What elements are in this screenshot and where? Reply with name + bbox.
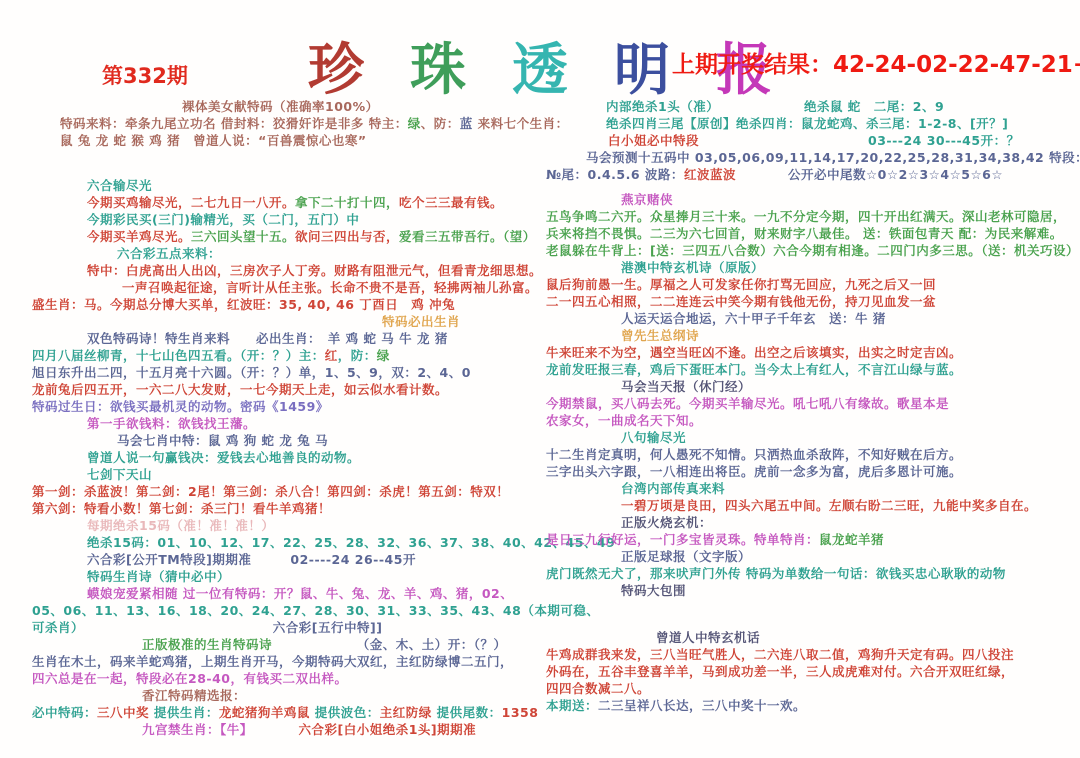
text-line: 正版火烧玄机：	[546, 514, 1080, 531]
text-line: 今期彩民买(三门)输精光，买（二门，五门）中	[32, 211, 572, 228]
text-line: 七剑下天山	[32, 466, 572, 483]
text-line: 马会预测十五码中 03,05,06,09,11,14,17,20,22,25,2…	[546, 149, 1080, 166]
text-line: 牛鸡成群我来发，三八当旺气胜人，二六连八取二值，鸡狗升天定有码。四八投注	[546, 646, 1080, 663]
text-segment: 鼠后狗前愚一生。厚福之人可发家任你打骂无回应，九死之后又一回	[546, 277, 936, 292]
text-segment: 七剑下天山	[87, 467, 152, 482]
text-segment: 曾道人说一句赢钱决：爱钱去心地善良的动物。	[87, 450, 360, 465]
text-segment: 六合彩[五行中特]]	[78, 620, 383, 635]
title-character: 透	[512, 26, 568, 106]
text-segment: 今期彩民买(三门)输精光，买（二门，五门）中	[87, 212, 359, 227]
issue-number: 第332期	[102, 60, 188, 90]
text-line: 虎门既然无犬了，那来吠声门外传 特码为单数给一句话：欲钱买忠心耿耿的动物	[546, 565, 1080, 582]
text-segment: 四六总是在一起，特段必在28-40，有钱买二双出样。	[32, 671, 347, 686]
text-line: 兵来将挡不畏惧。二三为六七回首，财来财字八最佳。 送：铁面包青天 配：为民来解难…	[546, 225, 1080, 242]
text-segment: 四四合数减二八。	[546, 681, 650, 696]
text-segment: ，防：	[338, 348, 377, 363]
text-segment: 今期买羊鸡尽光。	[87, 229, 191, 244]
text-line: 内部绝杀1头（准） 绝杀鼠 蛇 二尾：2、9	[546, 98, 1080, 115]
text-segment: 农家女，一曲成名天下知。	[546, 413, 702, 428]
text-line: 一声召唤起征途，言听计从任主张。长命不贵不是吾，轻拂两袖儿孙富。	[32, 279, 572, 296]
text-line: 马会当天报（休门经）	[546, 378, 1080, 395]
text-line: 港澳中特玄机诗（原版）	[546, 259, 1080, 276]
text-segment: 提供生肖：	[149, 705, 219, 720]
text-segment: 龙前兔后四五开，一六二八大发财，一七今期天上走，如云似水看计数。	[32, 382, 448, 397]
text-segment: 1358	[502, 705, 539, 720]
text-line: 八句输尽光	[546, 429, 1080, 446]
text-line: 是日三九行好运，一门多宝皆灵珠。特单特肖：鼠龙蛇羊猪	[546, 531, 1080, 548]
text-line: 第一手欲钱料：欲钱找王藩。	[32, 415, 572, 432]
text-segment: 正版足球报（文字版）	[621, 549, 751, 564]
text-segment: 香江特码精选报：	[142, 688, 246, 703]
text-segment: 龙前发旺报三春，鸡后下蛋旺本门。当今太上有红人，不言江山绿与蓝。	[546, 362, 962, 377]
text-line: 旭日东升出二四，十五月亮十六圆。（开：？）单，1、5、9，双：2、4、0	[32, 364, 572, 381]
text-line: 农家女，一曲成名天下知。	[546, 412, 1080, 429]
text-segment: 内部绝杀1头（准）	[606, 99, 713, 114]
text-line: 曾先生总纲诗	[546, 327, 1080, 344]
text-line: 香江特码精选报：	[32, 687, 572, 704]
text-line: 九宫禁生肖：【牛】 六合彩[白小姐绝杀1头]期期准	[32, 721, 572, 738]
text-segment: 三字出头六字跟，一八相连出将臣。虎前一念多为富，虎后多恩计可施。	[546, 464, 962, 479]
text-segment: 第一手欲钱料：欲钱找王藩。	[87, 416, 256, 431]
text-segment: 欲问三四出与否，	[295, 229, 399, 244]
title-character: 珍	[308, 26, 364, 106]
text-segment: 特码来料：牵条九尾立功名 借封料：狡猾奸诈是非多 特主：	[60, 116, 408, 131]
text-line: 四月八届丝柳青，十七山色四五看。（开：？）主：红，防：绿	[32, 347, 572, 364]
text-segment: 虎门既然无犬了，那来吠声门外传 特码为单数给一句话：欲钱买忠心耿耿的动物	[546, 566, 1006, 581]
last-draw-result: 上期开奖结果：42-24-02-22-47-21+26	[672, 46, 1080, 79]
text-line: 曾道人说一句赢钱决：爱钱去心地善良的动物。	[32, 449, 572, 466]
text-segment: 盛生肖：马。今期总分博大买单，红波旺：35, 40, 46 丁酉日 鸡 冲兔	[32, 297, 455, 312]
text-segment: 人运天运合地运，六十甲子千年玄 送：牛 猪	[621, 311, 886, 326]
text-segment: 五鸟争鸣二六开。众星捧月三十来。一九不分定今期，四十开出红满天。深山老林可隐居，	[546, 209, 1066, 224]
text-line: 燕京赌侠	[546, 191, 1080, 208]
title-character: 珠	[410, 26, 466, 106]
text-segment: 牛鸡成群我来发，三八当旺气胜人，二六连八取二值，鸡狗升天定有码。四八投注	[546, 647, 1014, 662]
text-segment: 牛来旺来不为空，遇空当旺凶不逢。出空之后该填实，出实之时定吉凶。	[546, 345, 962, 360]
text-line: 可杀肖） 六合彩[五行中特]]	[32, 619, 572, 636]
text-segment: 蓝	[460, 116, 473, 131]
text-line: 龙前发旺报三春，鸡后下蛋旺本门。当今太上有红人，不言江山绿与蓝。	[546, 361, 1080, 378]
text-line: 特码必出生肖	[32, 313, 572, 330]
text-line: 裸体美女献特码（准确率100%）	[32, 98, 572, 115]
text-segment: 05、06、11、13、16、18、20、24、27、28、30、31、33、3…	[32, 603, 599, 618]
text-line: 今期禁鼠，买八码去死。今期买羊输尽光。吼七吼八有缘故。歌星本是	[546, 395, 1080, 412]
left-column: 裸体美女献特码（准确率100%）特码来料：牵条九尾立功名 借封料：狡猾奸诈是非多…	[32, 98, 572, 738]
text-segment: 裸体美女献特码（准确率100%）	[182, 99, 379, 114]
text-line: 特中：白虎高出人出凶，三房次子人丁旁。财路有阻泄元气，但看青龙细思想。	[32, 262, 572, 279]
text-segment: 三六回头望十五。	[191, 229, 295, 244]
text-line: 第一剑：杀蓝波！第二剑：2尾！第三剑：杀八合！第四剑：杀虎！第五剑：特双！	[32, 483, 572, 500]
text-segment: 第一剑：杀蓝波！第二剑：2尾！第三剑：杀八合！第四剑：杀虎！第五剑：特双！	[32, 484, 509, 499]
text-segment: 六合彩[公开TM特段]期期准 02----24 26--45开	[87, 552, 416, 567]
text-line: 正版极准的生肖特码诗 （金、木、土）开：（？）	[32, 636, 572, 653]
text-line: 生肖在木土，码来羊蛇鸡猪，上期生肖开马，今期特码大双红，主红防绿博二五门，	[32, 653, 572, 670]
text-segment: 绝杀四肖三尾【原创】绝杀四肖：鼠龙蛇鸡、杀三尾：1-2-8、[开？]	[606, 116, 1008, 131]
text-line: 正版足球报（文字版）	[546, 548, 1080, 565]
text-segment: 是日三九行好运，一门多宝皆灵珠。特单特肖：	[546, 532, 819, 547]
right-column: 内部绝杀1头（准） 绝杀鼠 蛇 二尾：2、9绝杀四肖三尾【原创】绝杀四肖：鼠龙蛇…	[546, 98, 1080, 714]
text-segment: 红波蓝波	[684, 167, 736, 182]
text-line: 特码来料：牵条九尾立功名 借封料：狡猾奸诈是非多 特主：绿、防：蓝 来料七个生肖…	[32, 115, 572, 132]
text-segment: 每期绝杀15码（准！准！准！）	[87, 518, 274, 533]
text-segment: 公开必中尾数☆0☆2☆3☆4☆5☆6☆	[736, 167, 1003, 182]
text-segment: 特码必出生肖	[382, 314, 460, 329]
text-segment: 拿下二十打十四，	[295, 195, 399, 210]
text-segment: 九宫禁生肖：【牛】	[142, 722, 247, 737]
text-segment: 必中特码：	[32, 705, 97, 720]
text-line: 十二生肖定真明，何人愚死不知情。只洒热血杀敌阵，不知好贼在后方。	[546, 446, 1080, 463]
text-line: 六合输尽光	[32, 177, 572, 194]
text-segment: 今期买鸡输尽光，二七九日一八开。	[87, 195, 295, 210]
text-line: 必中特码：三八中奖 提供生肖：龙蛇猪狗羊鸡鼠 提供波色：主红防绿 提供尾数：13…	[32, 704, 572, 721]
text-segment: 特码生肖诗（猜中必中）	[87, 569, 230, 584]
text-line: 盛生肖：马。今期总分博大买单，红波旺：35, 40, 46 丁酉日 鸡 冲兔	[32, 296, 572, 313]
text-segment: 老鼠躲在牛背上：[送：三四五八合数）六合今期有相逢。二四门内多三思。（送：机关巧…	[546, 243, 1079, 258]
text-segment: 旭日东升出二四，十五月亮十六圆。（开：？）单，1、5、9，双：2、4、0	[32, 365, 471, 380]
text-line: 牛来旺来不为空，遇空当旺凶不逢。出空之后该填实，出实之时定吉凶。	[546, 344, 1080, 361]
text-segment: 鼠 兔 龙 蛇 猴 鸡 猪 曾道人说：“百兽震惊心也寒”	[60, 133, 367, 148]
text-segment: 四月八届丝柳青，十七山色四五看。（开：？）主：	[32, 348, 325, 363]
text-segment: 今期禁鼠，买八码去死。今期买羊输尽光。吼七吼八有缘故。歌星本是	[546, 396, 949, 411]
text-segment: 本期送：	[546, 698, 598, 713]
text-segment: 八句输尽光	[621, 430, 686, 445]
text-segment: 龙蛇猪狗羊鸡鼠	[219, 705, 310, 720]
text-segment: 六合彩五点来料：	[117, 246, 221, 261]
text-line: 一碧万顷是良田，四头六尾五中间。左顺右盼二三旺，九能中奖多自在。	[546, 497, 1080, 514]
text-segment: 特码过生日：欲钱买最机灵的动物。密码《1459》	[32, 399, 329, 414]
text-segment: 生肖在木土，码来羊蛇鸡猪，上期生肖开马，今期特码大双红，主红防绿博二五门，	[32, 654, 513, 669]
text-segment: 绝杀15码：01、10、12、17、22、25、28、32、36、37、38、4…	[87, 535, 615, 550]
text-segment: 一声召唤起征途，言听计从任主张。长命不贵不是吾，轻拂两袖儿孙富。	[122, 280, 538, 295]
text-line: 白小姐必中特段 03---24 30---45开：？	[546, 132, 1080, 149]
text-segment: 港澳中特玄机诗（原版）	[621, 260, 764, 275]
text-segment: 鼠龙蛇羊猪	[819, 532, 884, 547]
text-line: 今期买鸡输尽光，二七九日一八开。拿下二十打十四，吃个三三最有钱。	[32, 194, 572, 211]
text-segment: 马会当天报（休门经）	[621, 379, 751, 394]
text-segment: 绿	[377, 348, 390, 363]
text-segment: 马会预测十五码中 03,05,06,09,11,14,17,20,22,25,2…	[586, 150, 1080, 165]
text-line: 特码过生日：欲钱买最机灵的动物。密码《1459》	[32, 398, 572, 415]
text-line: 三字出头六字跟，一八相连出将臣。虎前一念多为富，虎后多恩计可施。	[546, 463, 1080, 480]
text-line: 四四合数减二八。	[546, 680, 1080, 697]
text-segment: 正版火烧玄机：	[621, 515, 712, 530]
text-segment: 六合输尽光	[87, 178, 152, 193]
text-segment: 台湾内部传真来料	[621, 481, 725, 496]
text-line: 双色特码诗！特生肖来料 必出生肖： 羊 鸡 蛇 马 牛 龙 猪	[32, 330, 572, 347]
text-segment: 外码在，五谷丰登喜羊羊，马到成功差一半，三人成虎难对付。六合开双旺红绿，	[546, 664, 1014, 679]
text-segment: 燕京赌侠	[621, 192, 673, 207]
text-segment: 绝杀鼠 蛇 二尾：2、9	[713, 99, 944, 114]
text-segment: 一碧万顷是良田，四头六尾五中间。左顺右盼二三旺，九能中奖多自在。	[621, 498, 1037, 513]
text-line: 今期买羊鸡尽光。三六回头望十五。欲问三四出与否，爱看三五带吾行。（望）	[32, 228, 572, 245]
text-line: 05、06、11、13、16、18、20、24、27、28、30、31、33、3…	[32, 602, 572, 619]
text-segment: 第六剑：特看小数！第七剑：杀三门！看牛羊鸡猪！	[32, 501, 331, 516]
text-line: 四六总是在一起，特段必在28-40，有钱买二双出样。	[32, 670, 572, 687]
text-line: 人运天运合地运，六十甲子千年玄 送：牛 猪	[546, 310, 1080, 327]
text-segment: 六合彩[白小姐绝杀1头]期期准	[247, 722, 477, 737]
text-line: 特码大包围	[546, 582, 1080, 599]
text-line: 二一四五心相照，二二连连云中笑今期有钱他无份，持刀见血发一盆	[546, 293, 1080, 310]
text-line: 特码生肖诗（猜中必中）	[32, 568, 572, 585]
text-segment: （金、木、土）开：（？）	[272, 637, 507, 652]
text-line: 每期绝杀15码（准！准！准！）	[32, 517, 572, 534]
text-segment: 双色特码诗！特生肖来料 必出生肖： 羊 鸡 蛇 马 牛 龙 猪	[87, 331, 448, 346]
text-line: 外码在，五谷丰登喜羊羊，马到成功差一半，三人成虎难对付。六合开双旺红绿，	[546, 663, 1080, 680]
text-segment: 二一四五心相照，二二连连云中笑今期有钱他无份，持刀见血发一盆	[546, 294, 936, 309]
text-segment: №尾：0.4.5.6 波路：	[546, 167, 684, 182]
text-segment: 特中：白虎高出人出凶，三房次子人丁旁。财路有阻泄元气，但看青龙细思想。	[87, 263, 542, 278]
text-line: №尾：0.4.5.6 波路：红波蓝波 公开必中尾数☆0☆2☆3☆4☆5☆6☆	[546, 166, 1080, 183]
text-line: 台湾内部传真来料	[546, 480, 1080, 497]
text-segment: 十二生肖定真明，何人愚死不知情。只洒热血杀敌阵，不知好贼在后方。	[546, 447, 962, 462]
newspaper-page: 第332期 珍珠透明报 上期开奖结果：42-24-02-22-47-21+26 …	[0, 0, 1080, 758]
text-line: 第六剑：特看小数！第七剑：杀三门！看牛羊鸡猪！	[32, 500, 572, 517]
text-segment: 马会七肖中特：鼠 鸡 狗 蛇 龙 兔 马	[117, 433, 328, 448]
text-segment: 可杀肖）	[32, 620, 78, 635]
text-segment: 二三呈祥八长达，三八中奖十一欢。	[598, 698, 806, 713]
text-segment: 曾先生总纲诗	[621, 328, 699, 343]
text-line: 鼠后狗前愚一生。厚福之人可发家任你打骂无回应，九死之后又一回	[546, 276, 1080, 293]
text-line: 绝杀15码：01、10、12、17、22、25、28、32、36、37、38、4…	[32, 534, 572, 551]
text-line: 老鼠躲在牛背上：[送：三四五八合数）六合今期有相逢。二四门内多三思。（送：机关巧…	[546, 242, 1080, 259]
text-segment: 爱看三五带吾行。（望）	[399, 229, 536, 244]
text-segment: 绿	[408, 116, 421, 131]
text-segment: 特码大包围	[621, 583, 686, 598]
text-segment: 蟆娘宠爱紧相随 过一位有特码：开？鼠、牛、兔、龙、羊、鸡、猪，02、	[87, 586, 513, 601]
title-character: 明	[614, 26, 670, 106]
text-segment: 吃个三三最有钱。	[399, 195, 503, 210]
text-line: 六合彩五点来料：	[32, 245, 572, 262]
text-line: 蟆娘宠爱紧相随 过一位有特码：开？鼠、牛、兔、龙、羊、鸡、猪，02、	[32, 585, 572, 602]
text-line: 龙前兔后四五开，一六二八大发财，一七今期天上走，如云似水看计数。	[32, 381, 572, 398]
text-segment: 三八中奖	[97, 705, 149, 720]
text-segment: 提供波色：	[310, 705, 380, 720]
text-segment: 红	[325, 348, 338, 363]
text-line: 马会七肖中特：鼠 鸡 狗 蛇 龙 兔 马	[32, 432, 572, 449]
text-segment: 主红防绿	[380, 705, 432, 720]
text-line: 鼠 兔 龙 蛇 猴 鸡 猪 曾道人说：“百兽震惊心也寒”	[32, 132, 572, 149]
text-segment: 提供尾数：	[432, 705, 502, 720]
text-segment: 兵来将挡不畏惧。二三为六七回首，财来财字八最佳。 送：铁面包青天 配：为民来解难…	[546, 226, 1063, 241]
text-segment: 曾道人中特玄机话	[656, 630, 760, 645]
text-segment: 、防：	[421, 116, 460, 131]
text-segment: 白小姐必中特段	[608, 133, 699, 148]
text-line: 本期送：二三呈祥八长达，三八中奖十一欢。	[546, 697, 1080, 714]
text-line: 五鸟争鸣二六开。众星捧月三十来。一九不分定今期，四十开出红满天。深山老林可隐居，	[546, 208, 1080, 225]
text-line: 绝杀四肖三尾【原创】绝杀四肖：鼠龙蛇鸡、杀三尾：1-2-8、[开？]	[546, 115, 1080, 132]
text-line: 曾道人中特玄机话	[546, 629, 1080, 646]
text-line: 六合彩[公开TM特段]期期准 02----24 26--45开	[32, 551, 572, 568]
text-segment: 03---24 30---45开：？	[699, 133, 1020, 148]
text-segment: 正版极准的生肖特码诗	[142, 637, 272, 652]
